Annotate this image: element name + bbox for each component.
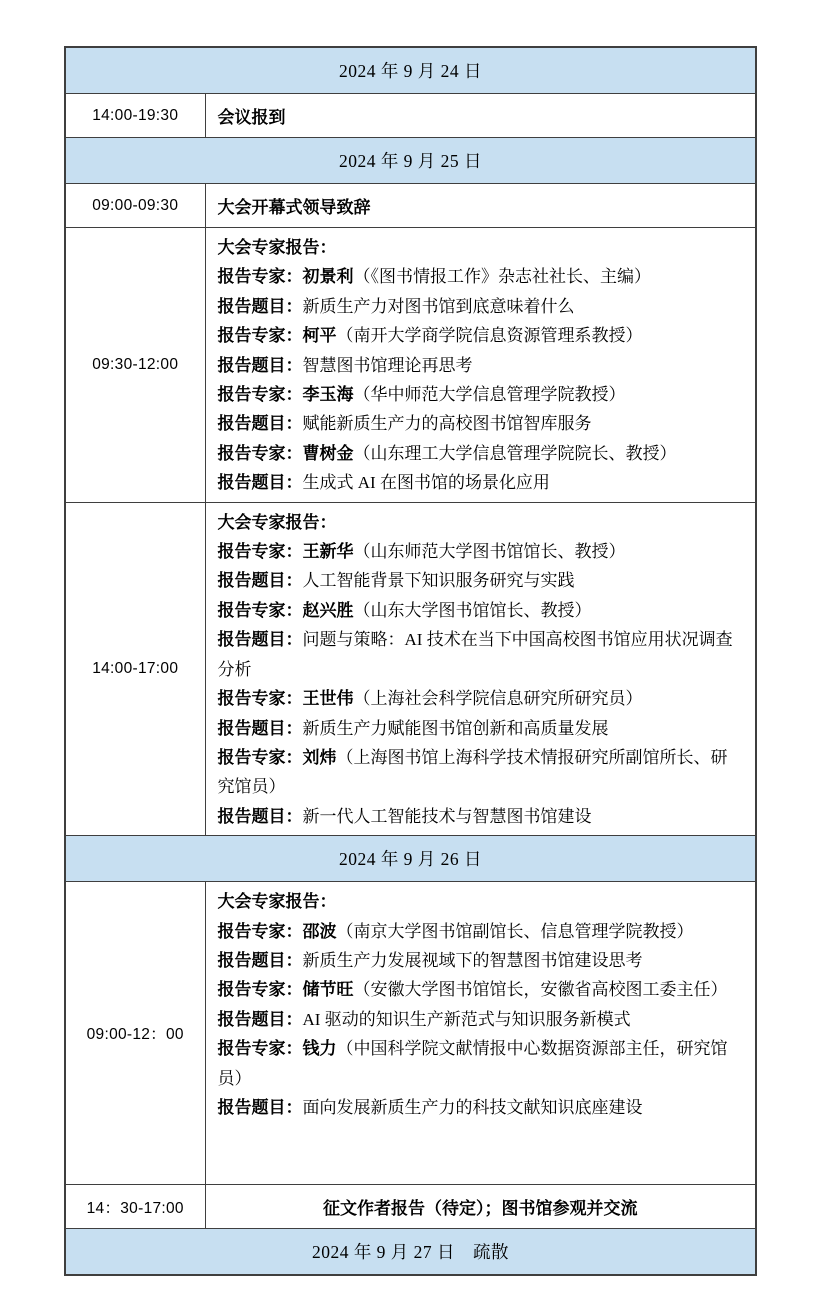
report-line-label: 报告专家： xyxy=(218,689,303,708)
report-line-text: 新质生产力对图书馆到底意味着什么 xyxy=(303,297,575,316)
report-line-label: 报告专家： xyxy=(218,980,303,999)
report-line: 大会专家报告： xyxy=(218,508,744,537)
report-line-text: （南开大学商学院信息资源管理系教授） xyxy=(337,326,643,345)
report-line-label: 报告专家： xyxy=(218,1039,303,1058)
report-line-label: 报告题目： xyxy=(218,297,303,316)
speaker-name: 王世伟 xyxy=(303,689,354,708)
report-line-label: 报告题目： xyxy=(218,1010,303,1029)
report-line: 报告专家：赵兴胜（山东大学图书馆馆长、教授） xyxy=(218,596,744,625)
report-line-text: （南京大学图书馆副馆长、信息管理学院教授） xyxy=(337,922,694,941)
time-cell: 09:00-12：00 xyxy=(65,882,205,1185)
report-line-text: 新质生产力发展视域下的智慧图书馆建设思考 xyxy=(303,951,643,970)
table-row: 14:00-19:30会议报到 xyxy=(65,94,756,138)
report-line: 报告题目：问题与策略：AI 技术在当下中国高校图书馆应用状况调查分析 xyxy=(218,625,744,684)
report-line-text: AI 驱动的知识生产新范式与知识服务新模式 xyxy=(303,1010,631,1029)
session-title-cell: 会议报到 xyxy=(205,94,756,138)
report-line: 报告题目：智慧图书馆理论再思考 xyxy=(218,351,744,380)
report-line: 报告专家：曹树金（山东理工大学信息管理学院院长、教授） xyxy=(218,439,744,468)
table-row: 2024 年 9 月 25 日 xyxy=(65,138,756,184)
report-line-label: 报告专家： xyxy=(218,601,303,620)
report-line-text: 新质生产力赋能图书馆创新和高质量发展 xyxy=(303,719,609,738)
speaker-name: 赵兴胜 xyxy=(303,601,354,620)
report-line-text: （华中师范大学信息管理学院教授） xyxy=(354,385,626,404)
report-line: 报告专家：王新华（山东师范大学图书馆馆长、教授） xyxy=(218,537,744,566)
report-list-cell: 大会专家报告：报告专家：初景利（《图书情报工作》杂志社社长、主编）报告题目：新质… xyxy=(205,228,756,503)
schedule-table-body: 2024 年 9 月 24 日14:00-19:30会议报到2024 年 9 月… xyxy=(65,47,756,1275)
report-line: 报告专家：初景利（《图书情报工作》杂志社社长、主编） xyxy=(218,262,744,291)
time-cell: 14:00-19:30 xyxy=(65,94,205,138)
report-line: 报告题目：面向发展新质生产力的科技文献知识底座建设 xyxy=(218,1093,744,1122)
report-line-label: 大会专家报告： xyxy=(218,892,337,911)
conference-schedule-table: 2024 年 9 月 24 日14:00-19:30会议报到2024 年 9 月… xyxy=(64,46,757,1276)
report-line: 大会专家报告： xyxy=(218,887,744,916)
report-line-text: （山东理工大学信息管理学院院长、教授） xyxy=(354,444,677,463)
report-list-cell: 大会专家报告：报告专家：王新华（山东师范大学图书馆馆长、教授）报告题目：人工智能… xyxy=(205,502,756,835)
report-line: 报告专家：柯平（南开大学商学院信息资源管理系教授） xyxy=(218,321,744,350)
speaker-name: 刘炜 xyxy=(303,748,337,767)
report-line: 报告专家：王世伟（上海社会科学院信息研究所研究员） xyxy=(218,684,744,713)
speaker-name: 柯平 xyxy=(303,326,337,345)
report-line-label: 报告题目： xyxy=(218,356,303,375)
speaker-name: 初景利 xyxy=(303,267,354,286)
report-line-text: 新一代人工智能技术与智慧图书馆建设 xyxy=(303,807,592,826)
speaker-name: 邵波 xyxy=(303,922,337,941)
report-line-text: 智慧图书馆理论再思考 xyxy=(303,356,473,375)
report-line-label: 报告题目： xyxy=(218,630,303,649)
report-line-label: 报告专家： xyxy=(218,444,303,463)
report-line-label: 报告题目： xyxy=(218,807,303,826)
report-line-label: 报告题目： xyxy=(218,951,303,970)
report-line: 报告专家：李玉海（华中师范大学信息管理学院教授） xyxy=(218,380,744,409)
report-line-label: 报告专家： xyxy=(218,542,303,561)
report-line-label: 报告题目： xyxy=(218,414,303,433)
report-line-label: 大会专家报告： xyxy=(218,238,337,257)
table-row: 09:00-12：00大会专家报告：报告专家：邵波（南京大学图书馆副馆长、信息管… xyxy=(65,882,756,1185)
table-row: 2024 年 9 月 24 日 xyxy=(65,47,756,94)
table-row: 14:00-17:00大会专家报告：报告专家：王新华（山东师范大学图书馆馆长、教… xyxy=(65,502,756,835)
session-title-cell: 征文作者报告（待定）；图书馆参观并交流 xyxy=(205,1185,756,1229)
time-cell: 14:00-17:00 xyxy=(65,502,205,835)
table-row: 2024 年 9 月 26 日 xyxy=(65,836,756,882)
date-header-cell: 2024 年 9 月 24 日 xyxy=(65,47,756,94)
report-line: 大会专家报告： xyxy=(218,233,744,262)
speaker-name: 储节旺 xyxy=(303,980,354,999)
report-line-text: （上海社会科学院信息研究所研究员） xyxy=(354,689,643,708)
report-line-label: 大会专家报告： xyxy=(218,513,337,532)
speaker-name: 钱力 xyxy=(303,1039,337,1058)
table-row: 14：30-17:00征文作者报告（待定）；图书馆参观并交流 xyxy=(65,1185,756,1229)
report-line: 报告题目：生成式 AI 在图书馆的场景化应用 xyxy=(218,468,744,497)
report-line-label: 报告专家： xyxy=(218,922,303,941)
report-line-label: 报告题目： xyxy=(218,473,303,492)
report-line-label: 报告专家： xyxy=(218,326,303,345)
speaker-name: 王新华 xyxy=(303,542,354,561)
report-line-label: 报告题目： xyxy=(218,719,303,738)
report-line-text: （山东师范大学图书馆馆长、教授） xyxy=(354,542,626,561)
speaker-name: 李玉海 xyxy=(303,385,354,404)
time-cell: 09:00-09:30 xyxy=(65,184,205,228)
date-header-cell: 2024 年 9 月 26 日 xyxy=(65,836,756,882)
report-line-text: 面向发展新质生产力的科技文献知识底座建设 xyxy=(303,1098,643,1117)
report-line-text: （《图书情报工作》杂志社社长、主编） xyxy=(354,267,652,286)
conference-schedule-page: 2024 年 9 月 24 日14:00-19:30会议报到2024 年 9 月… xyxy=(0,0,823,1302)
report-line-label: 报告专家： xyxy=(218,267,303,286)
report-line: 报告题目：赋能新质生产力的高校图书馆智库服务 xyxy=(218,409,744,438)
report-line: 报告题目：新质生产力发展视域下的智慧图书馆建设思考 xyxy=(218,946,744,975)
speaker-name: 曹树金 xyxy=(303,444,354,463)
report-line: 报告题目：人工智能背景下知识服务研究与实践 xyxy=(218,566,744,595)
report-list-cell: 大会专家报告：报告专家：邵波（南京大学图书馆副馆长、信息管理学院教授）报告题目：… xyxy=(205,882,756,1185)
report-line: 报告专家：邵波（南京大学图书馆副馆长、信息管理学院教授） xyxy=(218,917,744,946)
report-line: 报告题目：新一代人工智能技术与智慧图书馆建设 xyxy=(218,802,744,831)
report-line: 报告专家：刘炜（上海图书馆上海科学技术情报研究所副馆所长、研究馆员） xyxy=(218,743,744,802)
report-line-label: 报告专家： xyxy=(218,748,303,767)
report-line: 报告题目：新质生产力对图书馆到底意味着什么 xyxy=(218,292,744,321)
report-line: 报告专家：储节旺（安徽大学图书馆馆长，安徽省高校图工委主任） xyxy=(218,975,744,1004)
report-line-text: 人工智能背景下知识服务研究与实践 xyxy=(303,571,575,590)
report-line-text: （安徽大学图书馆馆长，安徽省高校图工委主任） xyxy=(354,980,728,999)
table-row: 09:30-12:00大会专家报告：报告专家：初景利（《图书情报工作》杂志社社长… xyxy=(65,228,756,503)
report-line-text: （山东大学图书馆馆长、教授） xyxy=(354,601,592,620)
report-line: 报告专家：钱力（中国科学院文献情报中心数据资源部主任，研究馆员） xyxy=(218,1034,744,1093)
session-title-cell: 大会开幕式领导致辞 xyxy=(205,184,756,228)
report-line: 报告题目：AI 驱动的知识生产新范式与知识服务新模式 xyxy=(218,1005,744,1034)
date-header-cell: 2024 年 9 月 27 日 疏散 xyxy=(65,1229,756,1276)
report-line-text: 生成式 AI 在图书馆的场景化应用 xyxy=(303,473,550,492)
time-cell: 14：30-17:00 xyxy=(65,1185,205,1229)
report-line-label: 报告题目： xyxy=(218,571,303,590)
date-header-cell: 2024 年 9 月 25 日 xyxy=(65,138,756,184)
report-line-label: 报告题目： xyxy=(218,1098,303,1117)
report-line: 报告题目：新质生产力赋能图书馆创新和高质量发展 xyxy=(218,714,744,743)
time-cell: 09:30-12:00 xyxy=(65,228,205,503)
table-row: 09:00-09:30大会开幕式领导致辞 xyxy=(65,184,756,228)
table-row: 2024 年 9 月 27 日 疏散 xyxy=(65,1229,756,1276)
report-line-label: 报告专家： xyxy=(218,385,303,404)
report-line-text: 赋能新质生产力的高校图书馆智库服务 xyxy=(303,414,592,433)
